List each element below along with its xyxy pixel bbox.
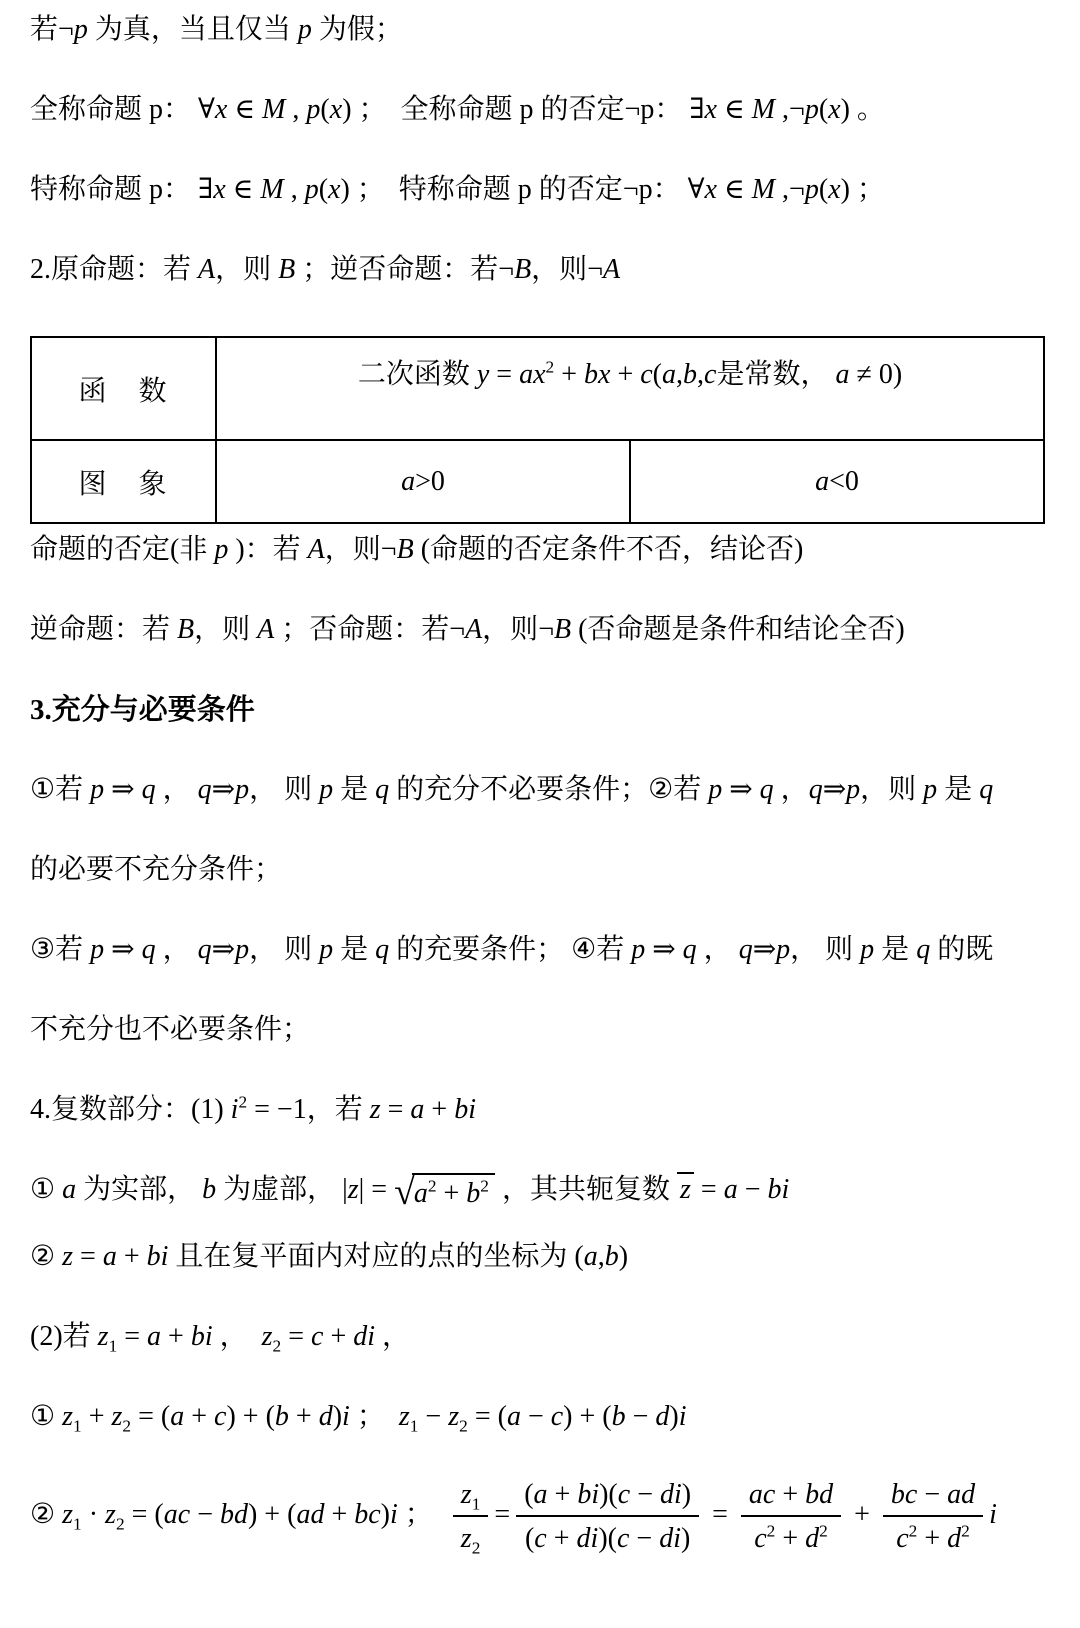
para-complex-plane-point: ② z = a + bi 且在复平面内对应的点的坐标为 (a,b) xyxy=(30,1237,1050,1277)
graph-label-cell: 图 象 xyxy=(31,440,216,523)
para-original-contrapositive: 2.原命题：若 A，则 B ；逆否命题：若¬B，则¬A xyxy=(30,250,1050,290)
para-complex-two-numbers: (2)若 z1 = a + bi ， z2 = c + di ， xyxy=(30,1317,1050,1357)
para-sufficient-and-necessary: ③若 p ⇒ q ， q⇒p， 则 p 是 q 的充要条件； ④若 p ⇒ q … xyxy=(30,930,1050,970)
para-complex-real-imag-modulus: ① a 为实部， b 为虚部， |z| = √a2 + b2 ，其共轭复数 z … xyxy=(30,1170,1050,1213)
quadratic-function-table: 函 数 二次函数 y = ax2 + bx + c(a,b,c是常数， a ≠ … xyxy=(30,336,1045,524)
para-particular-proposition: 特称命题 p： ∃x ∈ M , p(x) ； 特称命题 p 的否定¬p： ∀x… xyxy=(30,170,1050,210)
graph-a-positive-cell: a>0 xyxy=(216,440,630,523)
para-proposition-negation: 命题的否定(非 p )：若 A，则¬B (命题的否定条件不否，结论否) xyxy=(30,530,1050,570)
para-sufficient-not-necessary: ①若 p ⇒ q ， q⇒p， 则 p 是 q 的充分不必要条件；②若 p ⇒ … xyxy=(30,770,1050,810)
function-formula-cell: 二次函数 y = ax2 + bx + c(a,b,c是常数， a ≠ 0) xyxy=(216,337,1044,440)
para-complex-mul-div: ② z1 · z2 = (ac − bd) + (ad + bc)i ； z1z… xyxy=(30,1477,1050,1556)
table-row-function: 函 数 二次函数 y = ax2 + bx + c(a,b,c是常数， a ≠ … xyxy=(31,337,1044,440)
para-necessary-not-sufficient-cont: 的必要不充分条件； xyxy=(30,850,1050,890)
para-neither-cont: 不充分也不必要条件； xyxy=(30,1010,1050,1050)
para-complex-intro: 4.复数部分：(1) i2 = −1，若 z = a + bi xyxy=(30,1090,1050,1130)
para-complex-add-sub: ① z1 + z2 = (a + c) + (b + d)i ； z1 − z2… xyxy=(30,1397,1050,1437)
table-row-graph: 图 象 a>0 a<0 xyxy=(31,440,1044,523)
section-3-heading: 3.充分与必要条件 xyxy=(30,690,1050,730)
para-universal-proposition: 全称命题 p： ∀x ∈ M , p(x) ； 全称命题 p 的否定¬p： ∃x… xyxy=(30,90,1050,130)
graph-a-negative-cell: a<0 xyxy=(630,440,1044,523)
document-page: 若¬p 为真，当且仅当 p 为假； 全称命题 p： ∀x ∈ M , p(x) … xyxy=(0,0,1080,1576)
para-converse-inverse: 逆命题：若 B，则 A ；否命题：若¬A，则¬B (否命题是条件和结论全否) xyxy=(30,610,1050,650)
para-negation-truth: 若¬p 为真，当且仅当 p 为假； xyxy=(30,10,1050,50)
function-label-cell: 函 数 xyxy=(31,337,216,440)
